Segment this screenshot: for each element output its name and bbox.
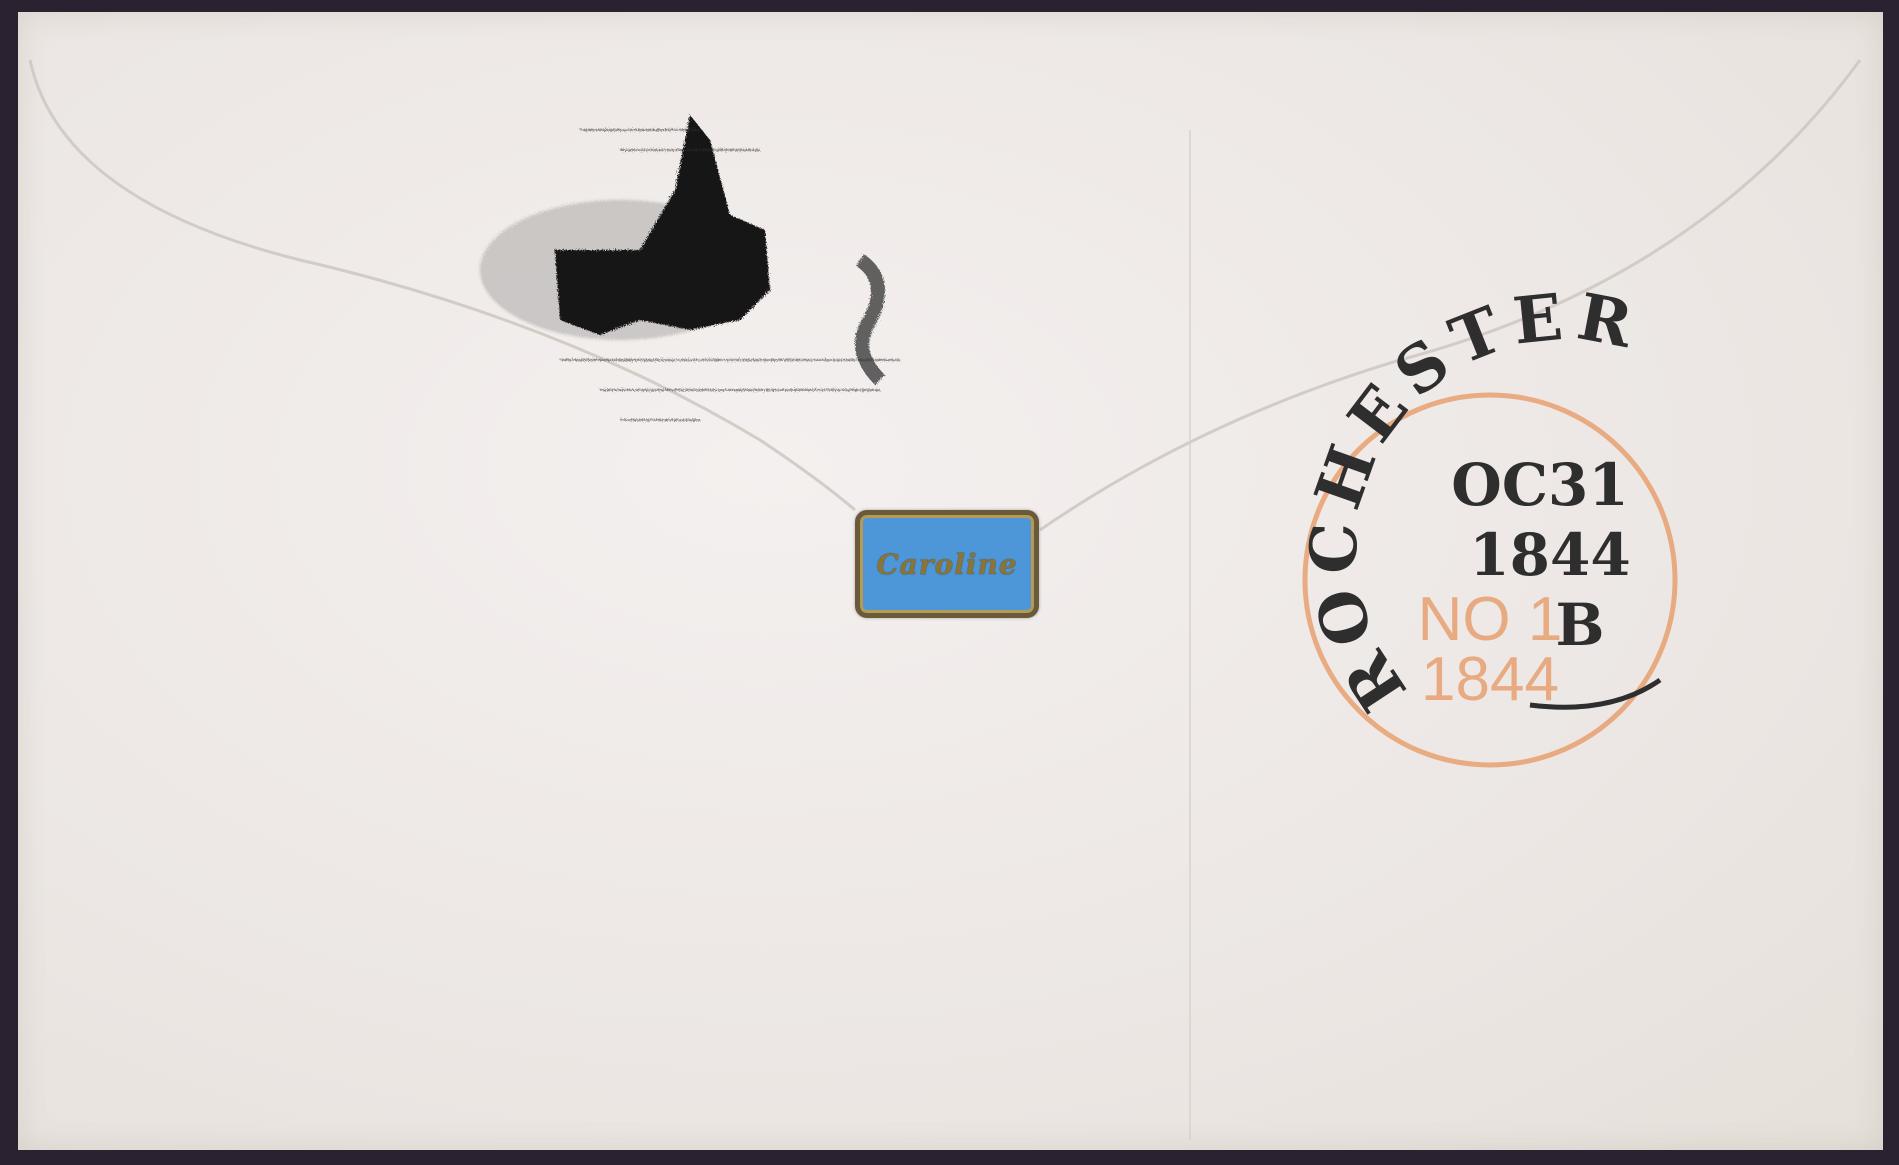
ink-blot [480, 115, 900, 420]
orange-postmark-date: NO 1 [1418, 585, 1563, 654]
postmark-code: B [1555, 591, 1604, 659]
seal-label: Caroline [876, 548, 1017, 581]
name-seal: Caroline [855, 510, 1039, 618]
flap-edge-right [1040, 60, 1860, 530]
postmark-year: 1844 [1469, 521, 1630, 589]
postmark-date: OC31 [1451, 451, 1628, 519]
